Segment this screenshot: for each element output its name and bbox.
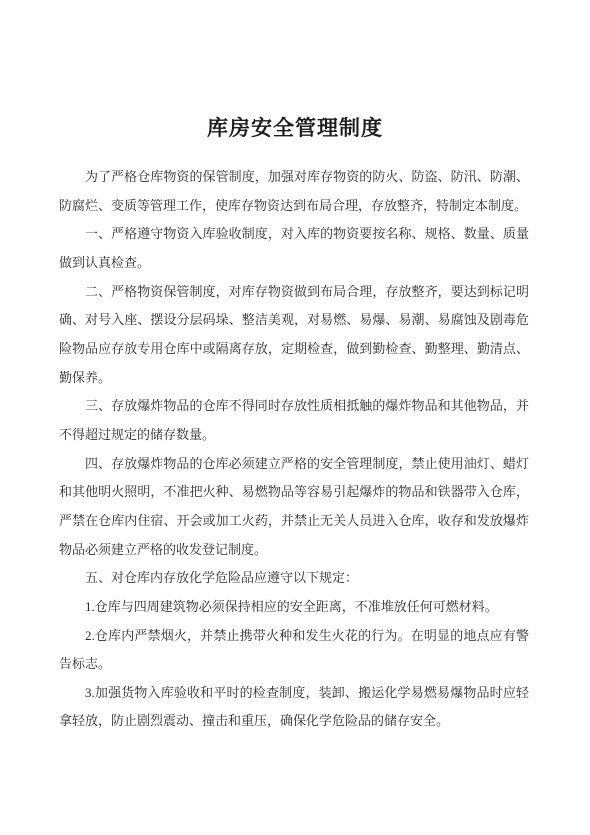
paragraph: 2.仓库内严禁烟火，并禁止携带火种和发生火花的行为。在明显的地点应有警告标志。	[59, 622, 529, 679]
paragraph: 三、存放爆炸物品的仓库不得同时存放性质相抵触的爆炸物品和其他物品，并不得超过规定…	[59, 392, 529, 449]
paragraph: 四、存放爆炸物品的仓库必须建立严格的安全管理制度，禁止使用油灯、蜡灯和其他明火照…	[59, 450, 529, 565]
paragraph: 1.仓库与四周建筑物必须保持相应的安全距离，不准堆放任何可燃材料。	[59, 593, 529, 622]
paragraph: 五、对仓库内存放化学危险品应遵守以下规定：	[59, 564, 529, 593]
paragraph: 为了严格仓库物资的保管制度，加强对库存物资的防火、防盗、防汛、防潮、防腐烂、变质…	[59, 163, 529, 220]
document-page: 库房安全管理制度 为了严格仓库物资的保管制度，加强对库存物资的防火、防盗、防汛、…	[0, 0, 590, 835]
paragraph: 3.加强货物入库验收和平时的检查制度，装卸、搬运化学易燃易爆物品时应轻拿轻放，防…	[59, 679, 529, 736]
document-title: 库房安全管理制度	[0, 0, 590, 145]
paragraph: 一、严格遵守物资入库验收制度，对入库的物资要按名称、规格、数量、质量做到认真检查…	[59, 220, 529, 277]
document-body: 为了严格仓库物资的保管制度，加强对库存物资的防火、防盗、防汛、防潮、防腐烂、变质…	[59, 163, 529, 736]
paragraph: 二、严格物资保管制度，对库存物资做到布局合理，存放整齐，要达到标记明确、对号入座…	[59, 278, 529, 393]
